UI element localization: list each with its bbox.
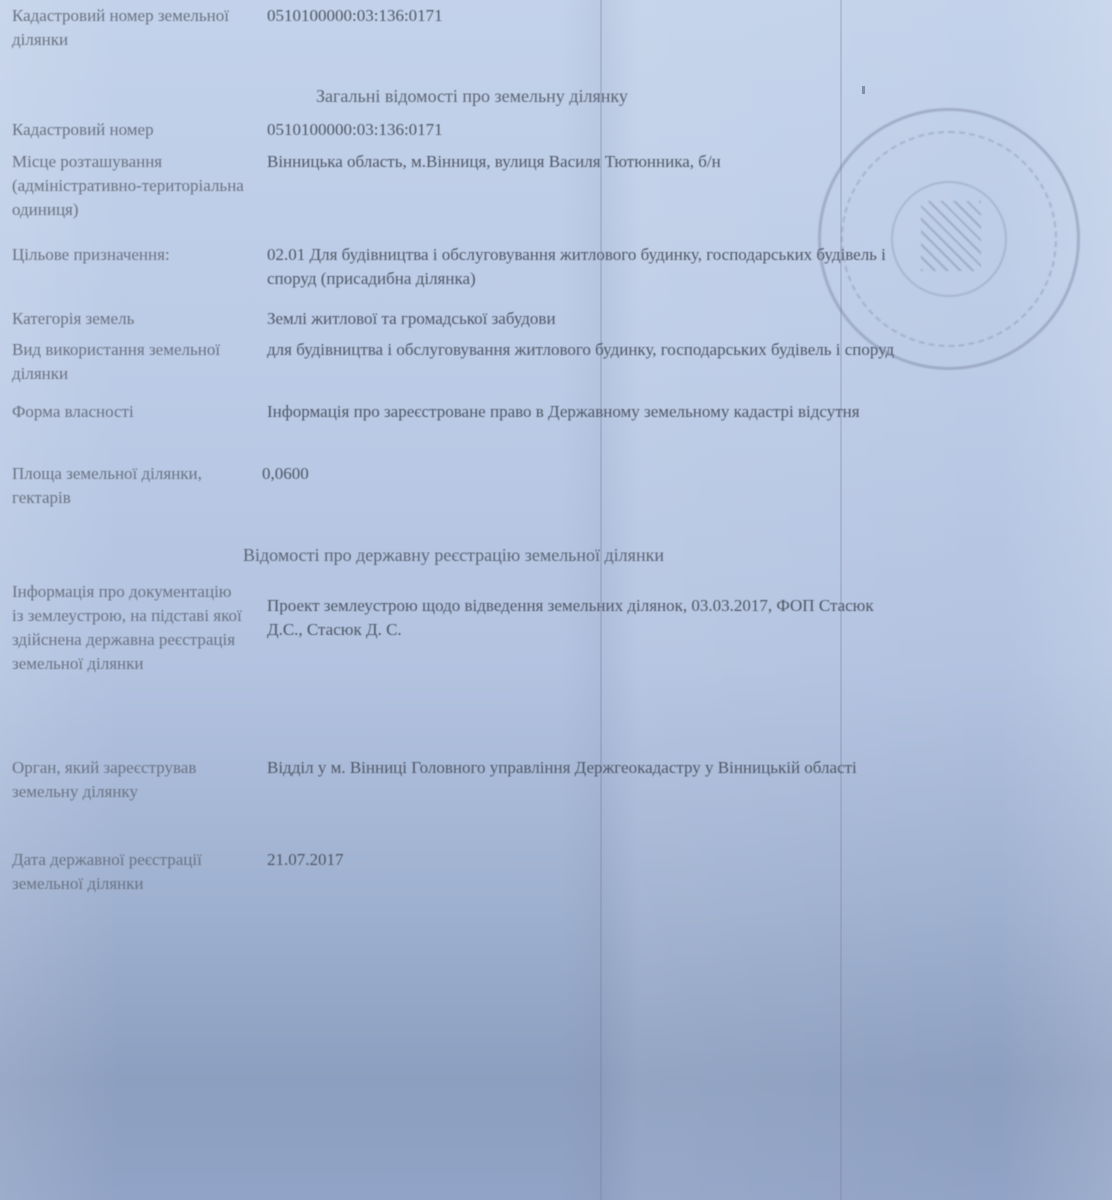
row-area: Площа земельної ділянки, гектарів 0,0600 xyxy=(0,462,1062,510)
field-label: Форма власності xyxy=(0,400,255,424)
pen-mark xyxy=(862,86,865,94)
field-value: 21.07.2017 xyxy=(255,848,1067,896)
row-land-documentation: Інформація про документацію із землеустр… xyxy=(0,580,907,676)
cadastral-extract-document: Кадастровий номер земельної ділянки 0510… xyxy=(0,0,1112,1200)
field-label: Категорія земель xyxy=(0,307,255,331)
field-label: Кадастровий номер xyxy=(0,118,255,142)
field-label: Інформація про документацію із землеустр… xyxy=(0,580,255,676)
official-stamp-icon xyxy=(818,108,1080,370)
row-purpose: Цільове призначення: 02.01 Для будівницт… xyxy=(0,243,907,291)
field-label: Орган, який зареєстрував земельну ділянк… xyxy=(0,756,255,804)
section-heading-general: Загальні відомості про земельну ділянку xyxy=(316,86,628,107)
field-value: Інформація про зареєстроване право в Дер… xyxy=(255,400,1057,424)
row-registering-authority: Орган, який зареєстрував земельну ділянк… xyxy=(0,756,1067,804)
row-ownership-form: Форма власності Інформація про зареєстро… xyxy=(0,400,1057,424)
field-value: Відділ у м. Вінниці Головного управління… xyxy=(255,756,1067,804)
field-label: Площа земельної ділянки, гектарів xyxy=(0,462,250,510)
stamp-center-lines xyxy=(921,201,981,271)
top-cadastral-number-row: Кадастровий номер земельної ділянки 0510… xyxy=(0,4,1067,52)
field-label: Кадастровий номер земельної ділянки xyxy=(0,4,255,52)
field-label: Місце розташування (адміністративно-тери… xyxy=(0,150,255,222)
field-value: 0,0600 xyxy=(250,462,1062,510)
field-value: 02.01 Для будівництва і обслуговування ж… xyxy=(255,243,907,291)
field-value: Проект землеустрою щодо відведення земел… xyxy=(255,580,907,676)
row-registration-date: Дата державної реєстрації земельної діля… xyxy=(0,848,1067,896)
field-value: 0510100000:03:136:0171 xyxy=(255,4,1067,52)
section-heading-registration: Відомості про державну реєстрацію земель… xyxy=(243,545,664,566)
field-label: Дата державної реєстрації земельної діля… xyxy=(0,848,255,896)
field-label: Вид використання земельної ділянки xyxy=(0,338,255,386)
field-label: Цільове призначення: xyxy=(0,243,255,291)
